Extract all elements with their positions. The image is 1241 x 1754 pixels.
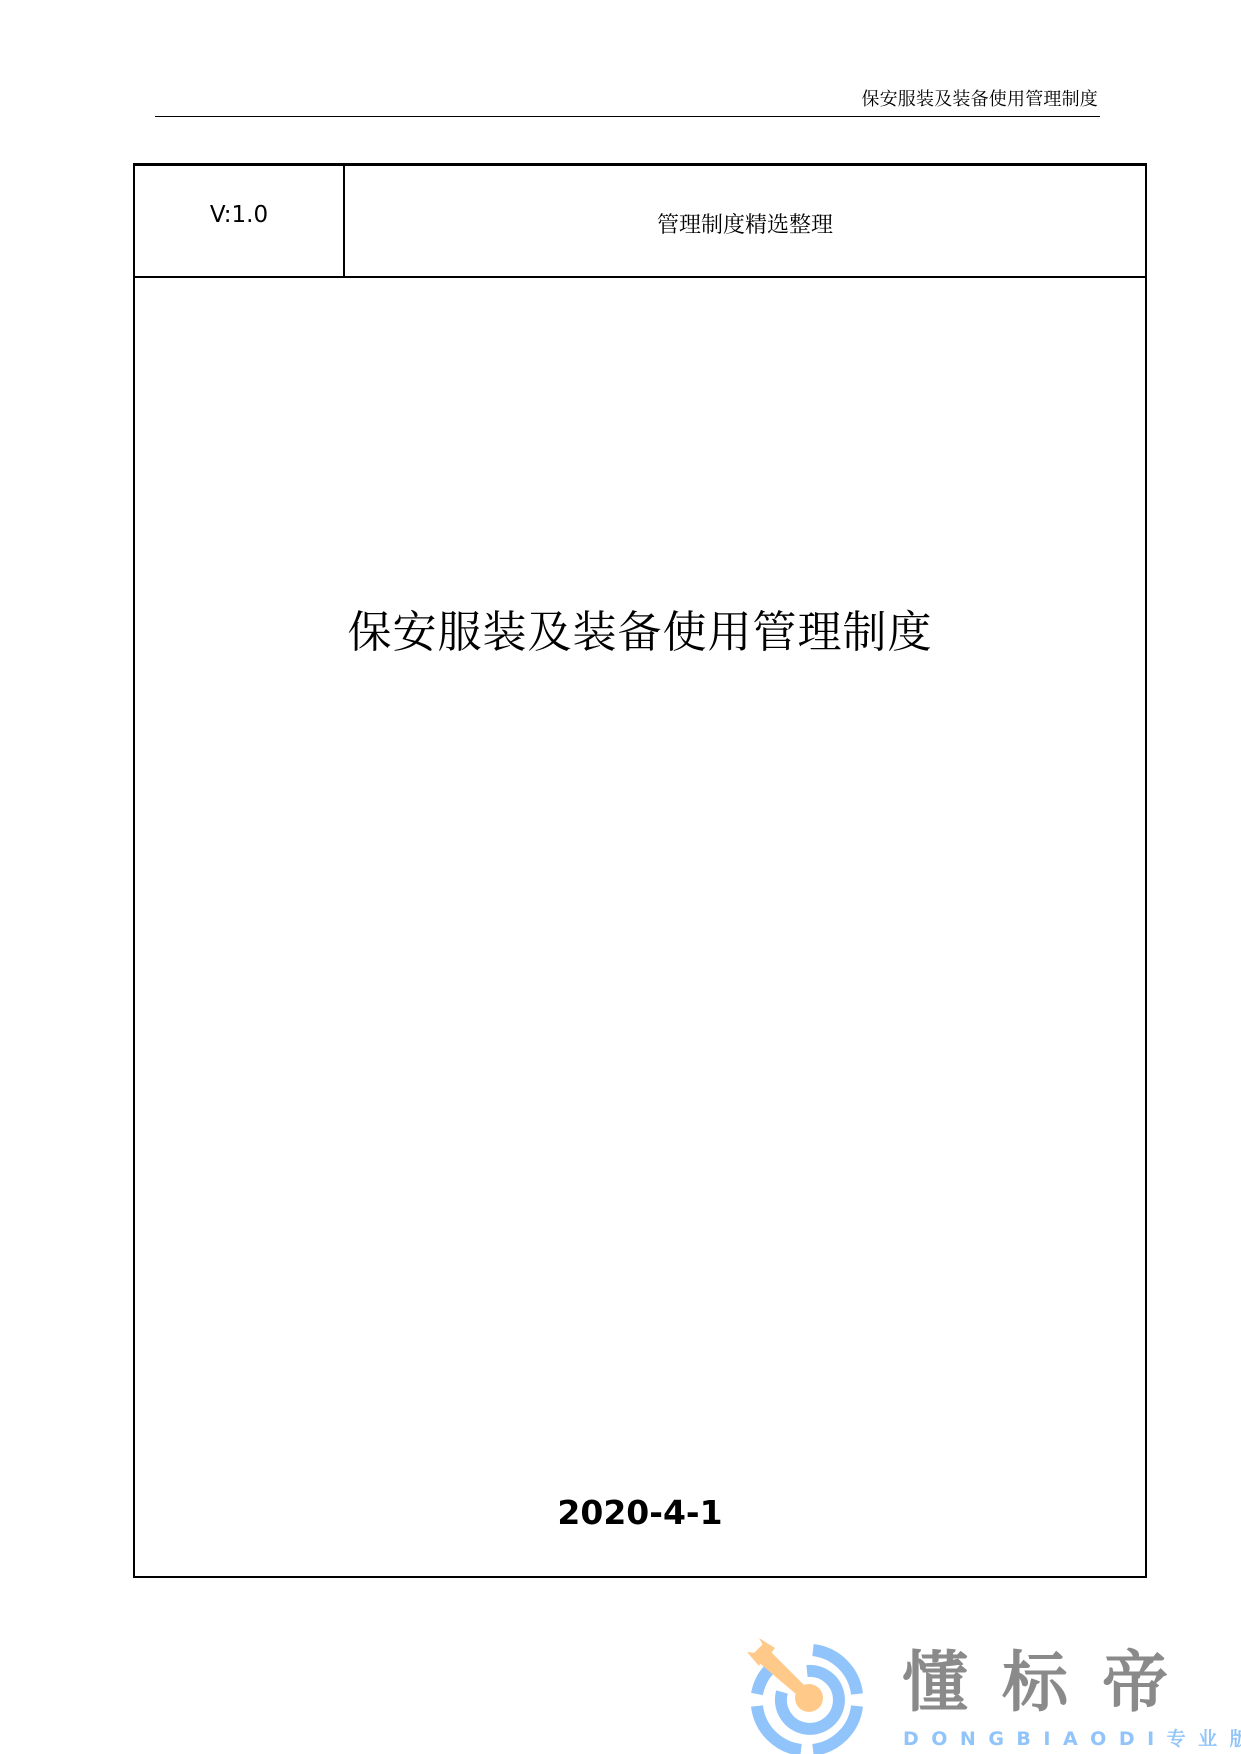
cover-frame: V:1.0 管理制度精选整理 保安服装及装备使用管理制度 2020-4-1 xyxy=(133,163,1147,1578)
version-cell: V:1.0 xyxy=(135,166,345,276)
collection-cell: 管理制度精选整理 xyxy=(345,166,1145,276)
logo-brand-subtitle: DONGBIAODI专业版 xyxy=(903,1728,1241,1750)
document-title: 保安服装及装备使用管理制度 xyxy=(135,596,1145,660)
running-header: 保安服装及装备使用管理制度 xyxy=(155,86,1100,117)
logo-brand-name: 懂标帝 xyxy=(902,1648,1202,1718)
document-date: 2020-4-1 xyxy=(135,1493,1145,1532)
target-arrow-icon xyxy=(745,1636,875,1754)
version-label: V:1.0 xyxy=(135,202,343,228)
watermark-logo: 懂标帝 DONGBIAODI专业版 xyxy=(745,1636,1241,1754)
collection-label: 管理制度精选整理 xyxy=(345,208,1145,239)
running-header-title: 保安服装及装备使用管理制度 xyxy=(861,85,1098,111)
cover-info-row: V:1.0 管理制度精选整理 xyxy=(135,166,1145,278)
